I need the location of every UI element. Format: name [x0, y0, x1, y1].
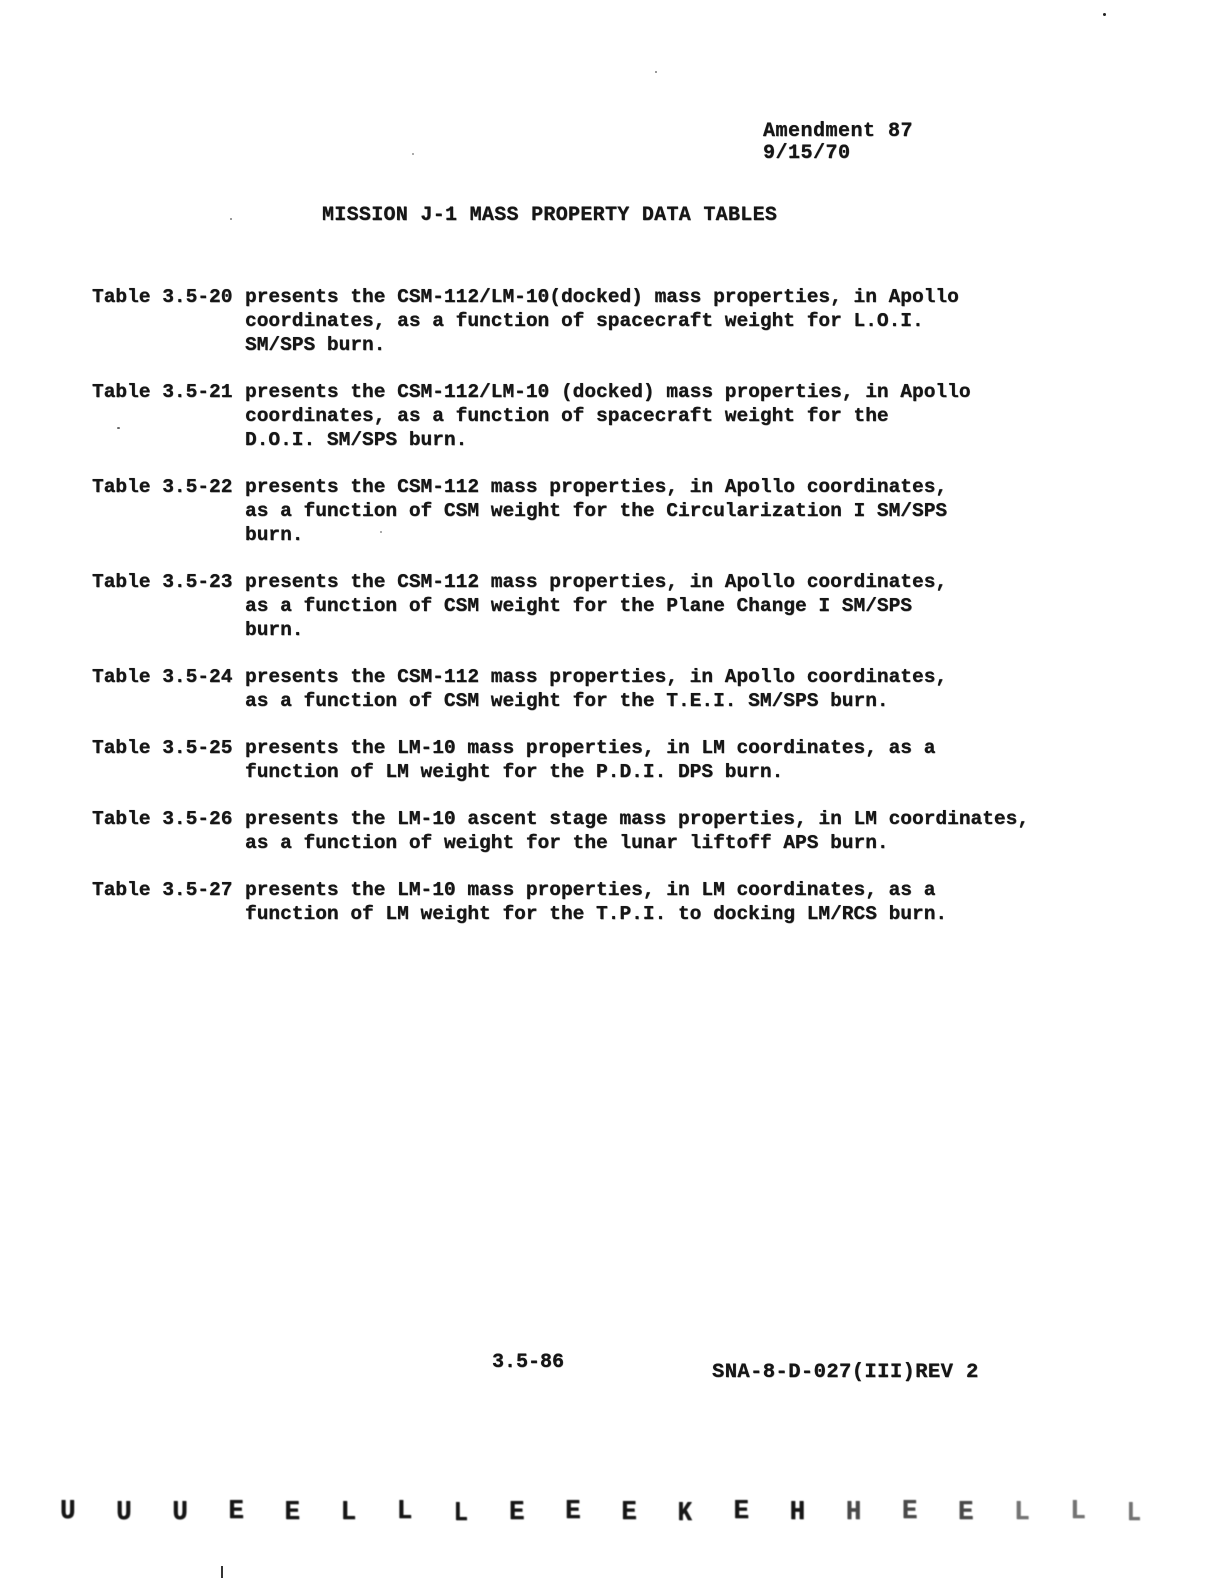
binding-edge-marks: UUUEELLLEEEKEHHEELLL	[60, 1498, 1142, 1527]
binding-mark-glyph: E	[621, 1498, 637, 1527]
table-entry-text: presents the CSM-112 mass properties, in…	[245, 475, 947, 547]
table-entry-label: Table 3.5-23	[92, 570, 245, 594]
table-entry: Table 3.5-24 presents the CSM-112 mass p…	[92, 665, 1112, 713]
table-entry-label: Table 3.5-21	[92, 380, 245, 404]
table-entry-text: presents the CSM-112/LM-10 (docked) mass…	[245, 380, 971, 452]
table-entry: Table 3.5-26 presents the LM-10 ascent s…	[92, 807, 1112, 855]
binding-mark-glyph: E	[565, 1497, 581, 1526]
table-entry-text: presents the LM-10 ascent stage mass pro…	[245, 807, 1029, 855]
binding-mark-glyph: E	[228, 1497, 244, 1526]
footer-page-number: 3.5-86	[492, 1351, 564, 1374]
scan-speck	[230, 218, 232, 220]
table-entry-text: presents the LM-10 mass properties, in L…	[245, 878, 947, 926]
scanned-document-page: Amendment 87 9/15/70 MISSION J-1 MASS PR…	[0, 0, 1220, 1584]
table-entry-label: Table 3.5-20	[92, 285, 245, 309]
binding-mark-glyph: L	[341, 1498, 357, 1527]
binding-mark-glyph: E	[902, 1497, 918, 1526]
binding-mark-glyph: H	[846, 1498, 862, 1527]
binding-mark-glyph: L	[1127, 1499, 1141, 1528]
amendment-date: 9/15/70	[763, 143, 913, 165]
scan-speck	[412, 153, 414, 155]
table-entry-list: Table 3.5-20 presents the CSM-112/LM-10(…	[92, 285, 1112, 949]
table-entry: Table 3.5-21 presents the CSM-112/LM-10 …	[92, 380, 1112, 452]
table-entry: Table 3.5-20 presents the CSM-112/LM-10(…	[92, 285, 1112, 357]
table-entry-label: Table 3.5-26	[92, 807, 245, 831]
scan-tick-artifact	[221, 1566, 223, 1578]
page-title: MISSION J-1 MASS PROPERTY DATA TABLES	[322, 204, 777, 227]
table-entry: Table 3.5-25 presents the LM-10 mass pro…	[92, 736, 1112, 784]
table-entry-label: Table 3.5-24	[92, 665, 245, 689]
table-entry-text: presents the CSM-112/LM-10(docked) mass …	[245, 285, 959, 357]
table-entry-text: presents the CSM-112 mass properties, in…	[245, 570, 947, 642]
table-entry: Table 3.5-27 presents the LM-10 mass pro…	[92, 878, 1112, 926]
binding-mark-glyph: K	[678, 1499, 692, 1528]
binding-mark-glyph: E	[285, 1498, 301, 1527]
binding-mark-glyph: U	[60, 1497, 76, 1526]
binding-mark-glyph: L	[453, 1499, 467, 1528]
binding-mark-glyph: E	[509, 1498, 525, 1527]
binding-mark-glyph: U	[172, 1498, 188, 1527]
table-entry-label: Table 3.5-25	[92, 736, 245, 760]
binding-mark-glyph: L	[1014, 1498, 1030, 1527]
binding-mark-glyph: H	[790, 1498, 806, 1527]
table-entry-text: presents the LM-10 mass properties, in L…	[245, 736, 935, 784]
scan-speck	[655, 71, 657, 73]
footer-document-number: SNA-8-D-027(III)REV 2	[712, 1361, 979, 1384]
table-entry: Table 3.5-23 presents the CSM-112 mass p…	[92, 570, 1112, 642]
binding-mark-glyph: E	[958, 1498, 974, 1527]
table-entry-label: Table 3.5-27	[92, 878, 245, 902]
binding-mark-glyph: L	[1070, 1497, 1086, 1526]
binding-mark-glyph: U	[116, 1498, 132, 1527]
amendment-number: Amendment 87	[763, 121, 913, 143]
binding-mark-glyph: L	[397, 1497, 413, 1526]
table-entry-text: presents the CSM-112 mass properties, in…	[245, 665, 947, 713]
binding-mark-glyph: E	[734, 1497, 750, 1526]
scan-speck	[1103, 13, 1106, 16]
table-entry-label: Table 3.5-22	[92, 475, 245, 499]
table-entry: Table 3.5-22 presents the CSM-112 mass p…	[92, 475, 1112, 547]
amendment-header: Amendment 87 9/15/70	[763, 121, 913, 165]
